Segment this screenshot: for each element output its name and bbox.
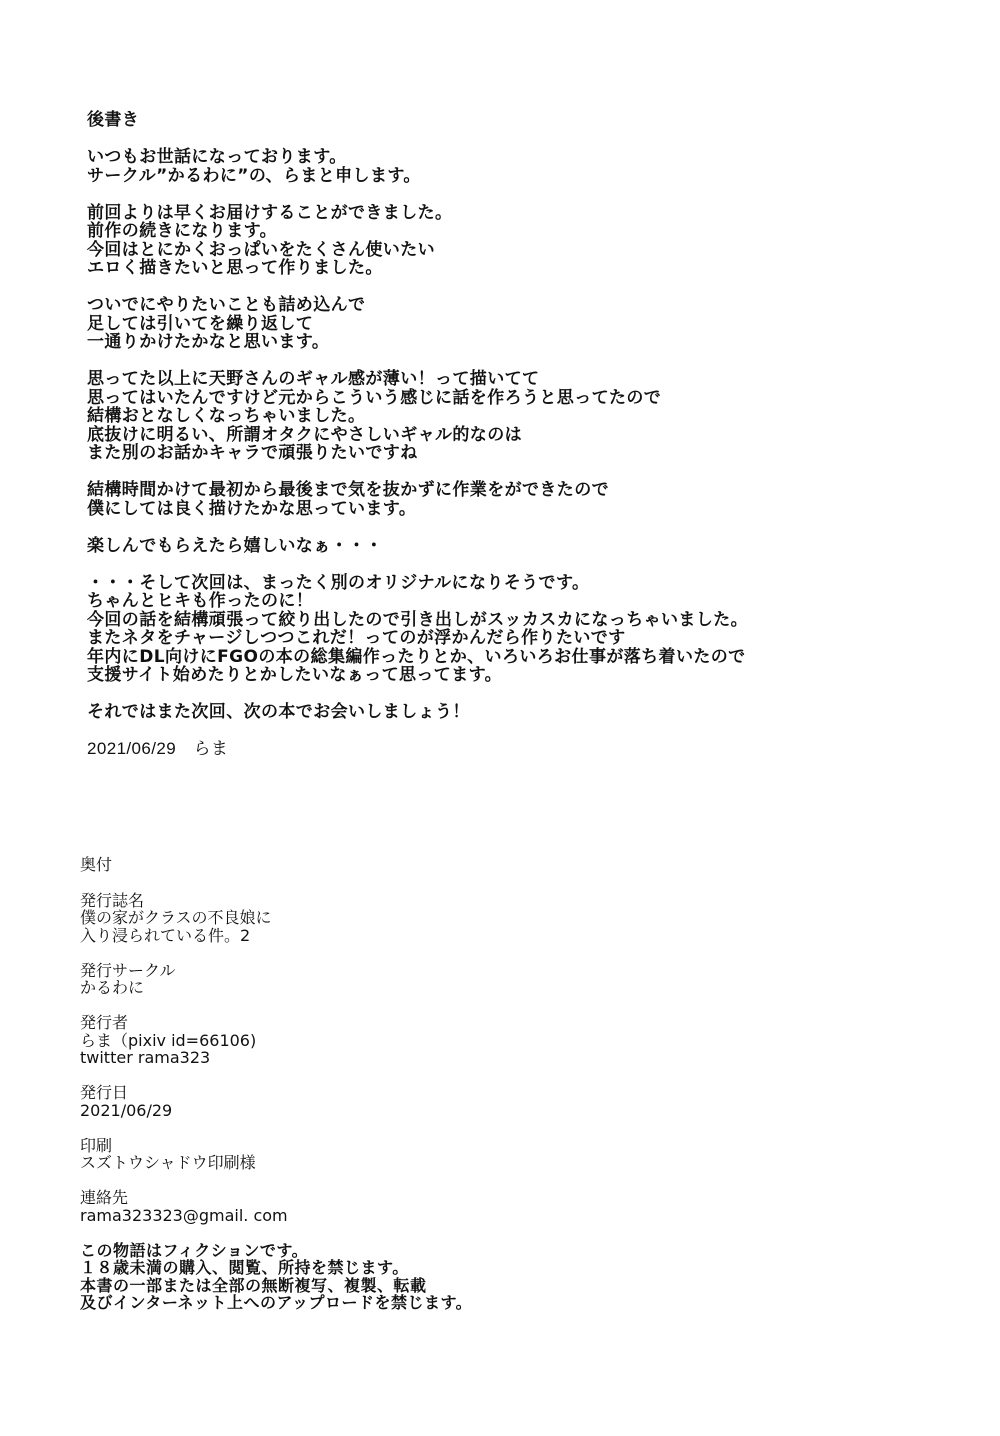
text-line: 今回はとにかくおっぱいをたくさん使いたい <box>87 241 748 260</box>
colophon-entry-date: 発行日 2021/06/29 <box>80 1084 472 1119</box>
text-line: 今回の話を結構頑張って絞り出したので引き出しがスッカスカになっちゃいました。 <box>87 611 748 630</box>
afterword-section: 後書き いつもお世話になっております。 サークル”かるわに”の、らまと申します。… <box>87 111 748 759</box>
text-line: ついでにやりたいことも詰め込んで <box>87 296 748 315</box>
entry-label: 発行者 <box>80 1014 472 1032</box>
entry-value: スズトウシャドウ印刷様 <box>80 1154 472 1172</box>
colophon-entry-publisher: 発行者 らま（pixiv id=66106) twitter rama323 <box>80 1014 472 1067</box>
colophon-section: 奥付 発行誌名 僕の家がクラスの不良娘に 入り浸られている件。2 発行サークル … <box>80 856 472 1329</box>
notice-line: 及びインターネット上へのアップロードを禁じます。 <box>80 1294 472 1312</box>
colophon-title: 奥付 <box>80 856 472 874</box>
text-line: ちゃんとヒキも作ったのに！ <box>87 592 748 611</box>
colophon-entry-title: 発行誌名 僕の家がクラスの不良娘に 入り浸られている件。2 <box>80 892 472 945</box>
text-line: また別のお話かキャラで頑張りたいですね <box>87 444 748 463</box>
text-line: 結構時間かけて最初から最後まで気を抜かずに作業をができたので <box>87 481 748 500</box>
text-line: 前作の続きになります。 <box>87 222 748 241</box>
entry-label: 連絡先 <box>80 1189 472 1207</box>
text-line: 思ってはいたんですけど元からこういう感じに話を作ろうと思ってたので <box>87 389 748 408</box>
text-line: 一通りかけたかなと思います。 <box>87 333 748 352</box>
entry-label: 発行日 <box>80 1084 472 1102</box>
afterword-paragraph: いつもお世話になっております。 サークル”かるわに”の、らまと申します。 <box>87 148 748 185</box>
entry-value: 2021/06/29 <box>80 1102 472 1120</box>
entry-label: 印刷 <box>80 1137 472 1155</box>
text-line: 僕にしては良く描けたかな思っています。 <box>87 500 748 519</box>
text-line: 底抜けに明るい、所謂オタクにやさしいギャル的なのは <box>87 426 748 445</box>
text-line: 結構おとなしくなっちゃいました。 <box>87 407 748 426</box>
colophon-notice: この物語はフィクションです。 １８歳未満の購入、閲覧、所持を禁じます。 本書の一… <box>80 1242 472 1312</box>
afterword-heading: 後書き <box>87 111 748 130</box>
entry-value: かるわに <box>80 979 472 997</box>
notice-line: この物語はフィクションです。 <box>80 1242 472 1260</box>
text-line: いつもお世話になっております。 <box>87 148 748 167</box>
entry-value: 僕の家がクラスの不良娘に <box>80 909 472 927</box>
notice-line: 本書の一部または全部の無断複写、複製、転載 <box>80 1277 472 1295</box>
colophon-entry-contact: 連絡先 rama323323@gmail. com <box>80 1189 472 1224</box>
afterword-signature: 2021/06/29 らま <box>87 740 748 759</box>
entry-value: twitter rama323 <box>80 1049 472 1067</box>
entry-label: 発行誌名 <box>80 892 472 910</box>
afterword-paragraph: ついでにやりたいことも詰め込んで 足しては引いてを繰り返して 一通りかけたかなと… <box>87 296 748 352</box>
text-line: ・・・そして次回は、まったく別のオリジナルになりそうです。 <box>87 574 748 593</box>
text-line: 年内にDL向けにFGOの本の総集編作ったりとか、いろいろお仕事が落ち着いたので <box>87 648 748 667</box>
text-line: サークル”かるわに”の、らまと申します。 <box>87 167 748 186</box>
text-line: 支援サイト始めたりとかしたいなぁって思ってます。 <box>87 666 748 685</box>
colophon-entry-circle: 発行サークル かるわに <box>80 962 472 997</box>
text-line: エロく描きたいと思って作りました。 <box>87 259 748 278</box>
afterword-paragraph: 前回よりは早くお届けすることができました。 前作の続きになります。 今回はとにか… <box>87 204 748 278</box>
text-line: 足しては引いてを繰り返して <box>87 315 748 334</box>
text-line: またネタをチャージしつつこれだ！ってのが浮かんだら作りたいです <box>87 629 748 648</box>
text-line: それではまた次回、次の本でお会いしましょう！ <box>87 703 748 722</box>
entry-value: rama323323@gmail. com <box>80 1207 472 1225</box>
afterword-paragraph: 思ってた以上に天野さんのギャル感が薄い！って描いてて 思ってはいたんですけど元か… <box>87 370 748 463</box>
text-line: 前回よりは早くお届けすることができました。 <box>87 204 748 223</box>
afterword-paragraph: 楽しんでもらえたら嬉しいなぁ・・・ <box>87 537 748 556</box>
afterword-paragraph: ・・・そして次回は、まったく別のオリジナルになりそうです。 ちゃんとヒキも作った… <box>87 574 748 685</box>
entry-value: らま（pixiv id=66106) <box>80 1032 472 1050</box>
entry-value: 入り浸られている件。2 <box>80 927 472 945</box>
entry-label: 発行サークル <box>80 962 472 980</box>
afterword-paragraph: 結構時間かけて最初から最後まで気を抜かずに作業をができたので 僕にしては良く描け… <box>87 481 748 518</box>
text-line: 楽しんでもらえたら嬉しいなぁ・・・ <box>87 537 748 556</box>
afterword-paragraph: それではまた次回、次の本でお会いしましょう！ <box>87 703 748 722</box>
text-line: 思ってた以上に天野さんのギャル感が薄い！って描いてて <box>87 370 748 389</box>
colophon-entry-printer: 印刷 スズトウシャドウ印刷様 <box>80 1137 472 1172</box>
notice-line: １８歳未満の購入、閲覧、所持を禁じます。 <box>80 1259 472 1277</box>
